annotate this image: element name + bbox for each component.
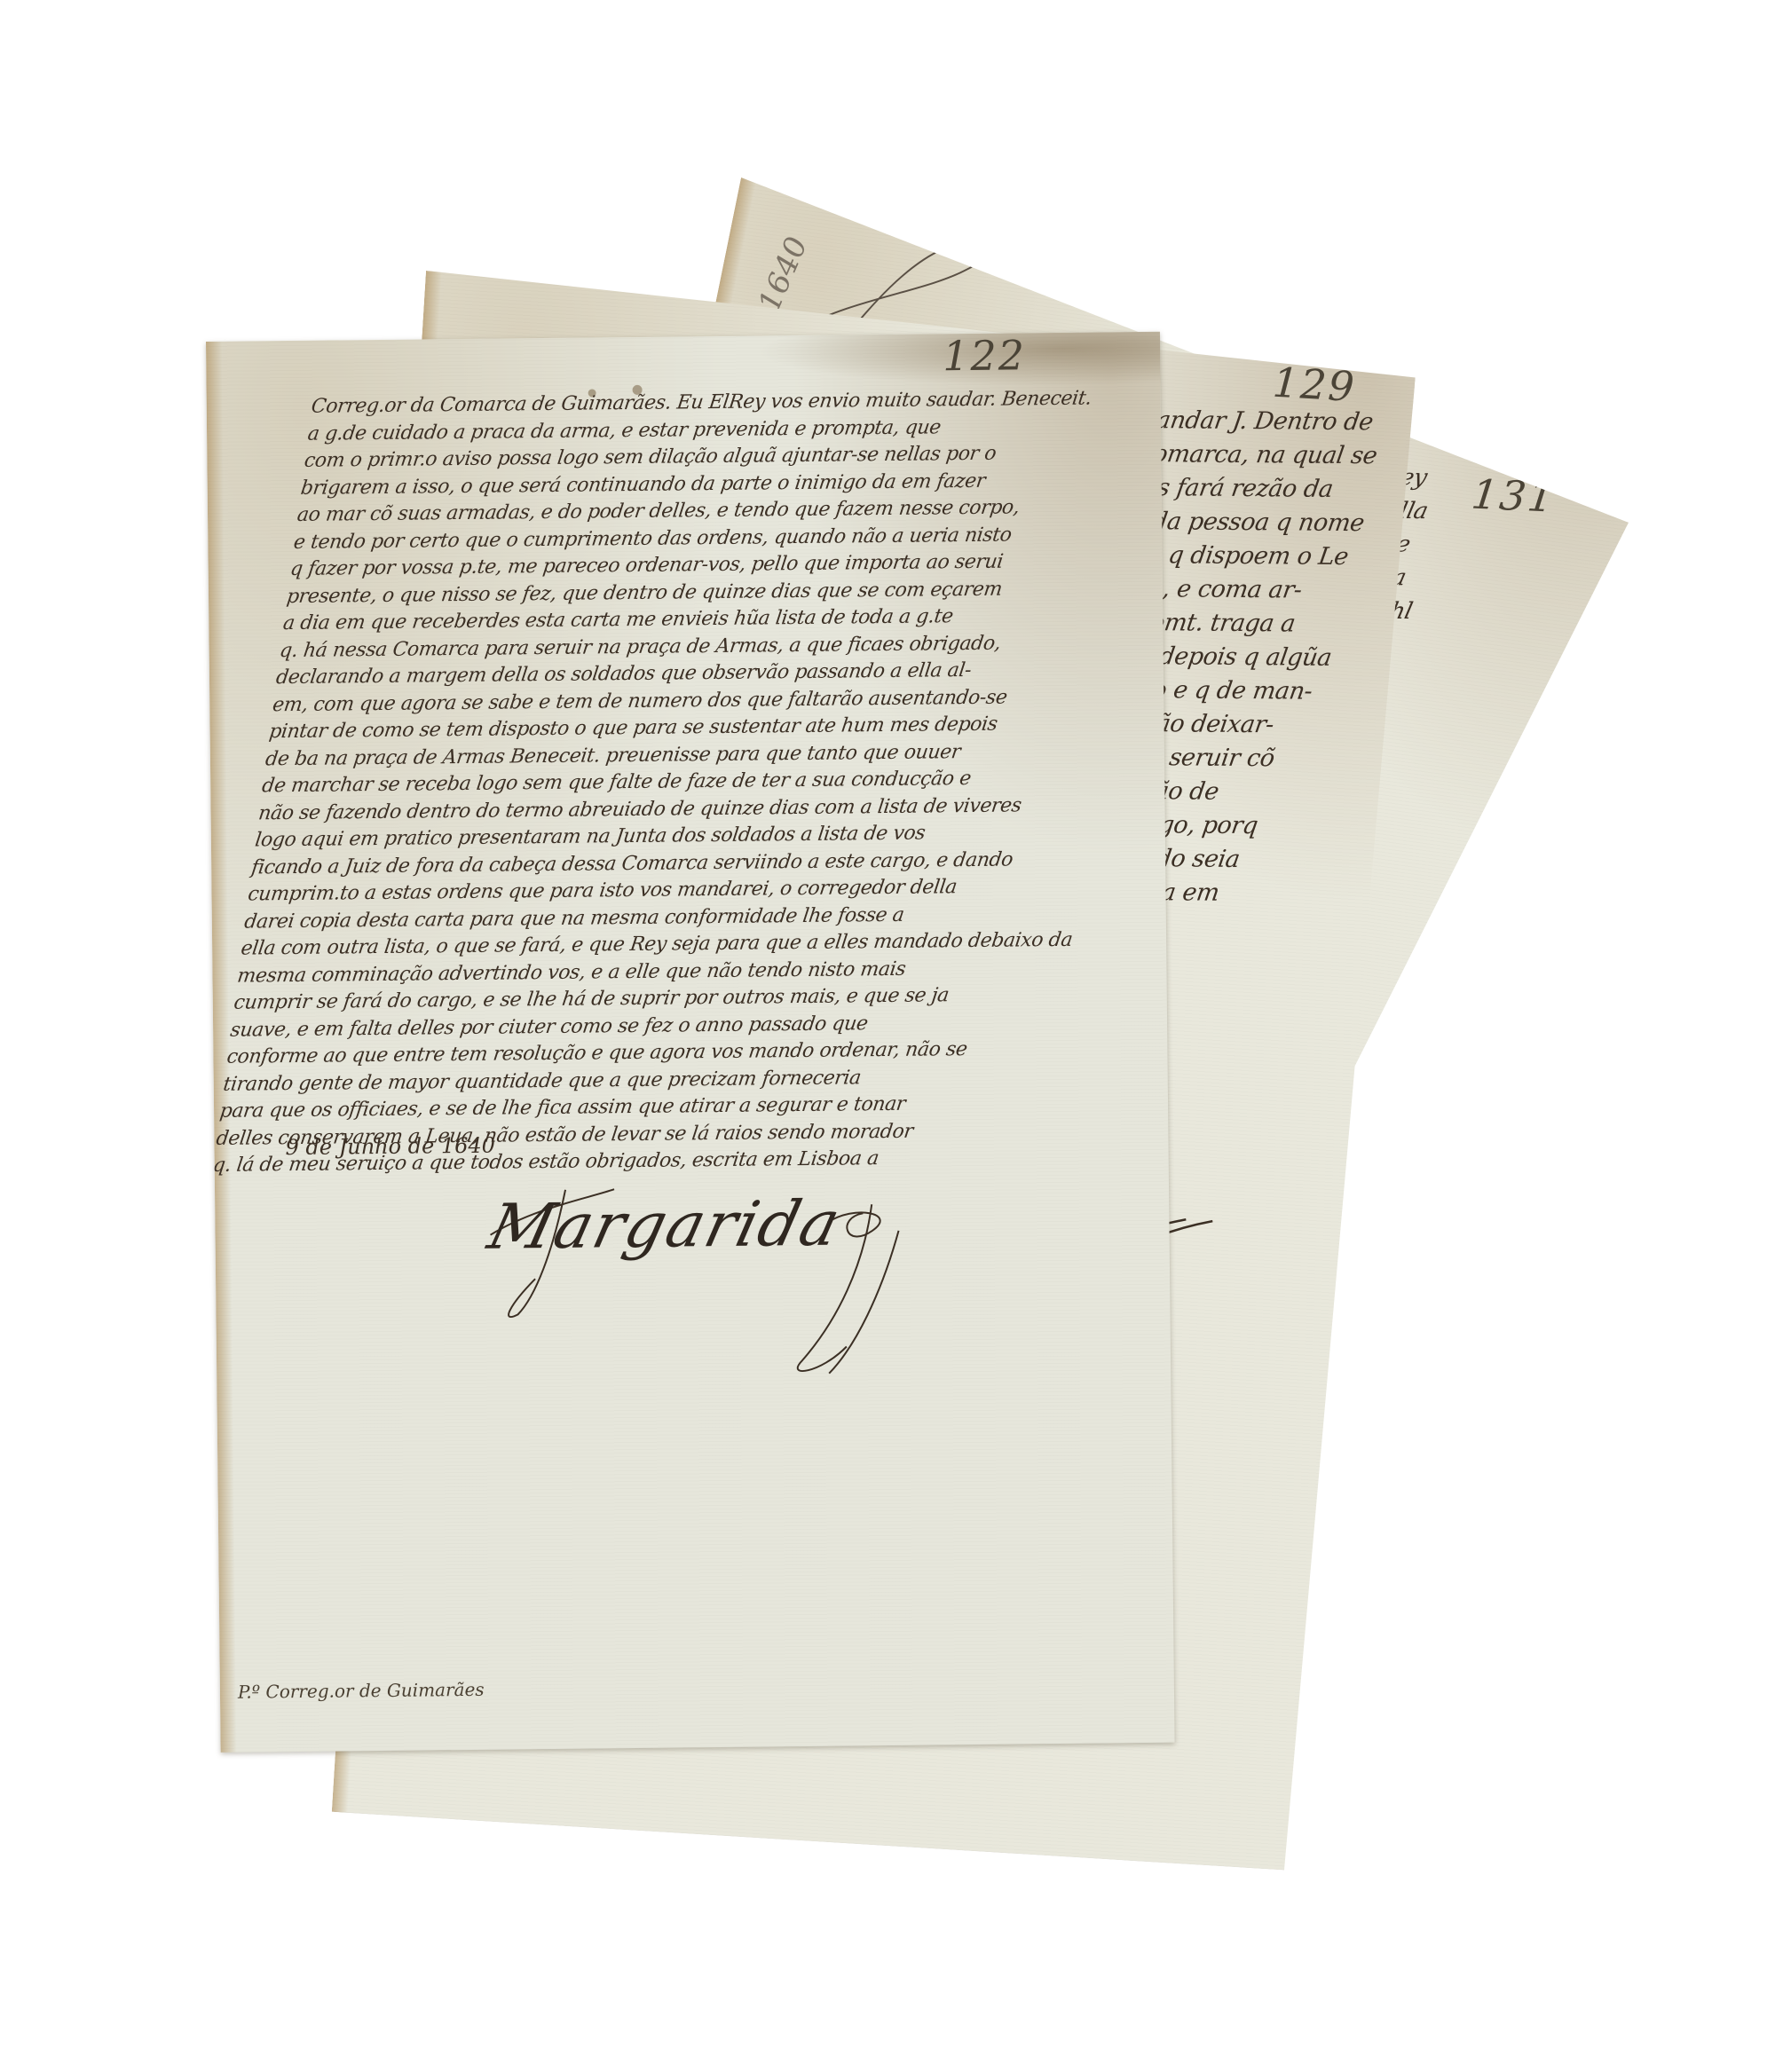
addressee-note: P.º Correg.or de Guimarães xyxy=(238,1679,485,1703)
photo-stage: 1640 131 nte sandar l Elley estao pregas… xyxy=(0,0,1775,2072)
royal-signature: Margarida xyxy=(482,1186,848,1263)
manuscript-text-front: Correg.or da Comarca de Guimarães. Eu El… xyxy=(211,384,1175,1179)
folio-number-front: 122 xyxy=(943,332,1026,381)
text-line: Comarca, na qual se xyxy=(1132,437,1379,473)
letter-date: 9 de Junho de 1640 xyxy=(285,1133,495,1160)
manuscript-sheet-front: 122 Correg.or da Comarca de Guimarães. E… xyxy=(206,332,1175,1753)
text-line: Sandar J. Dentro de xyxy=(1138,404,1384,439)
folio-number-middle: 129 xyxy=(1271,358,1357,412)
text-line: vos fará rezão da xyxy=(1128,471,1375,507)
folio-number-back: 131 xyxy=(1469,470,1558,522)
